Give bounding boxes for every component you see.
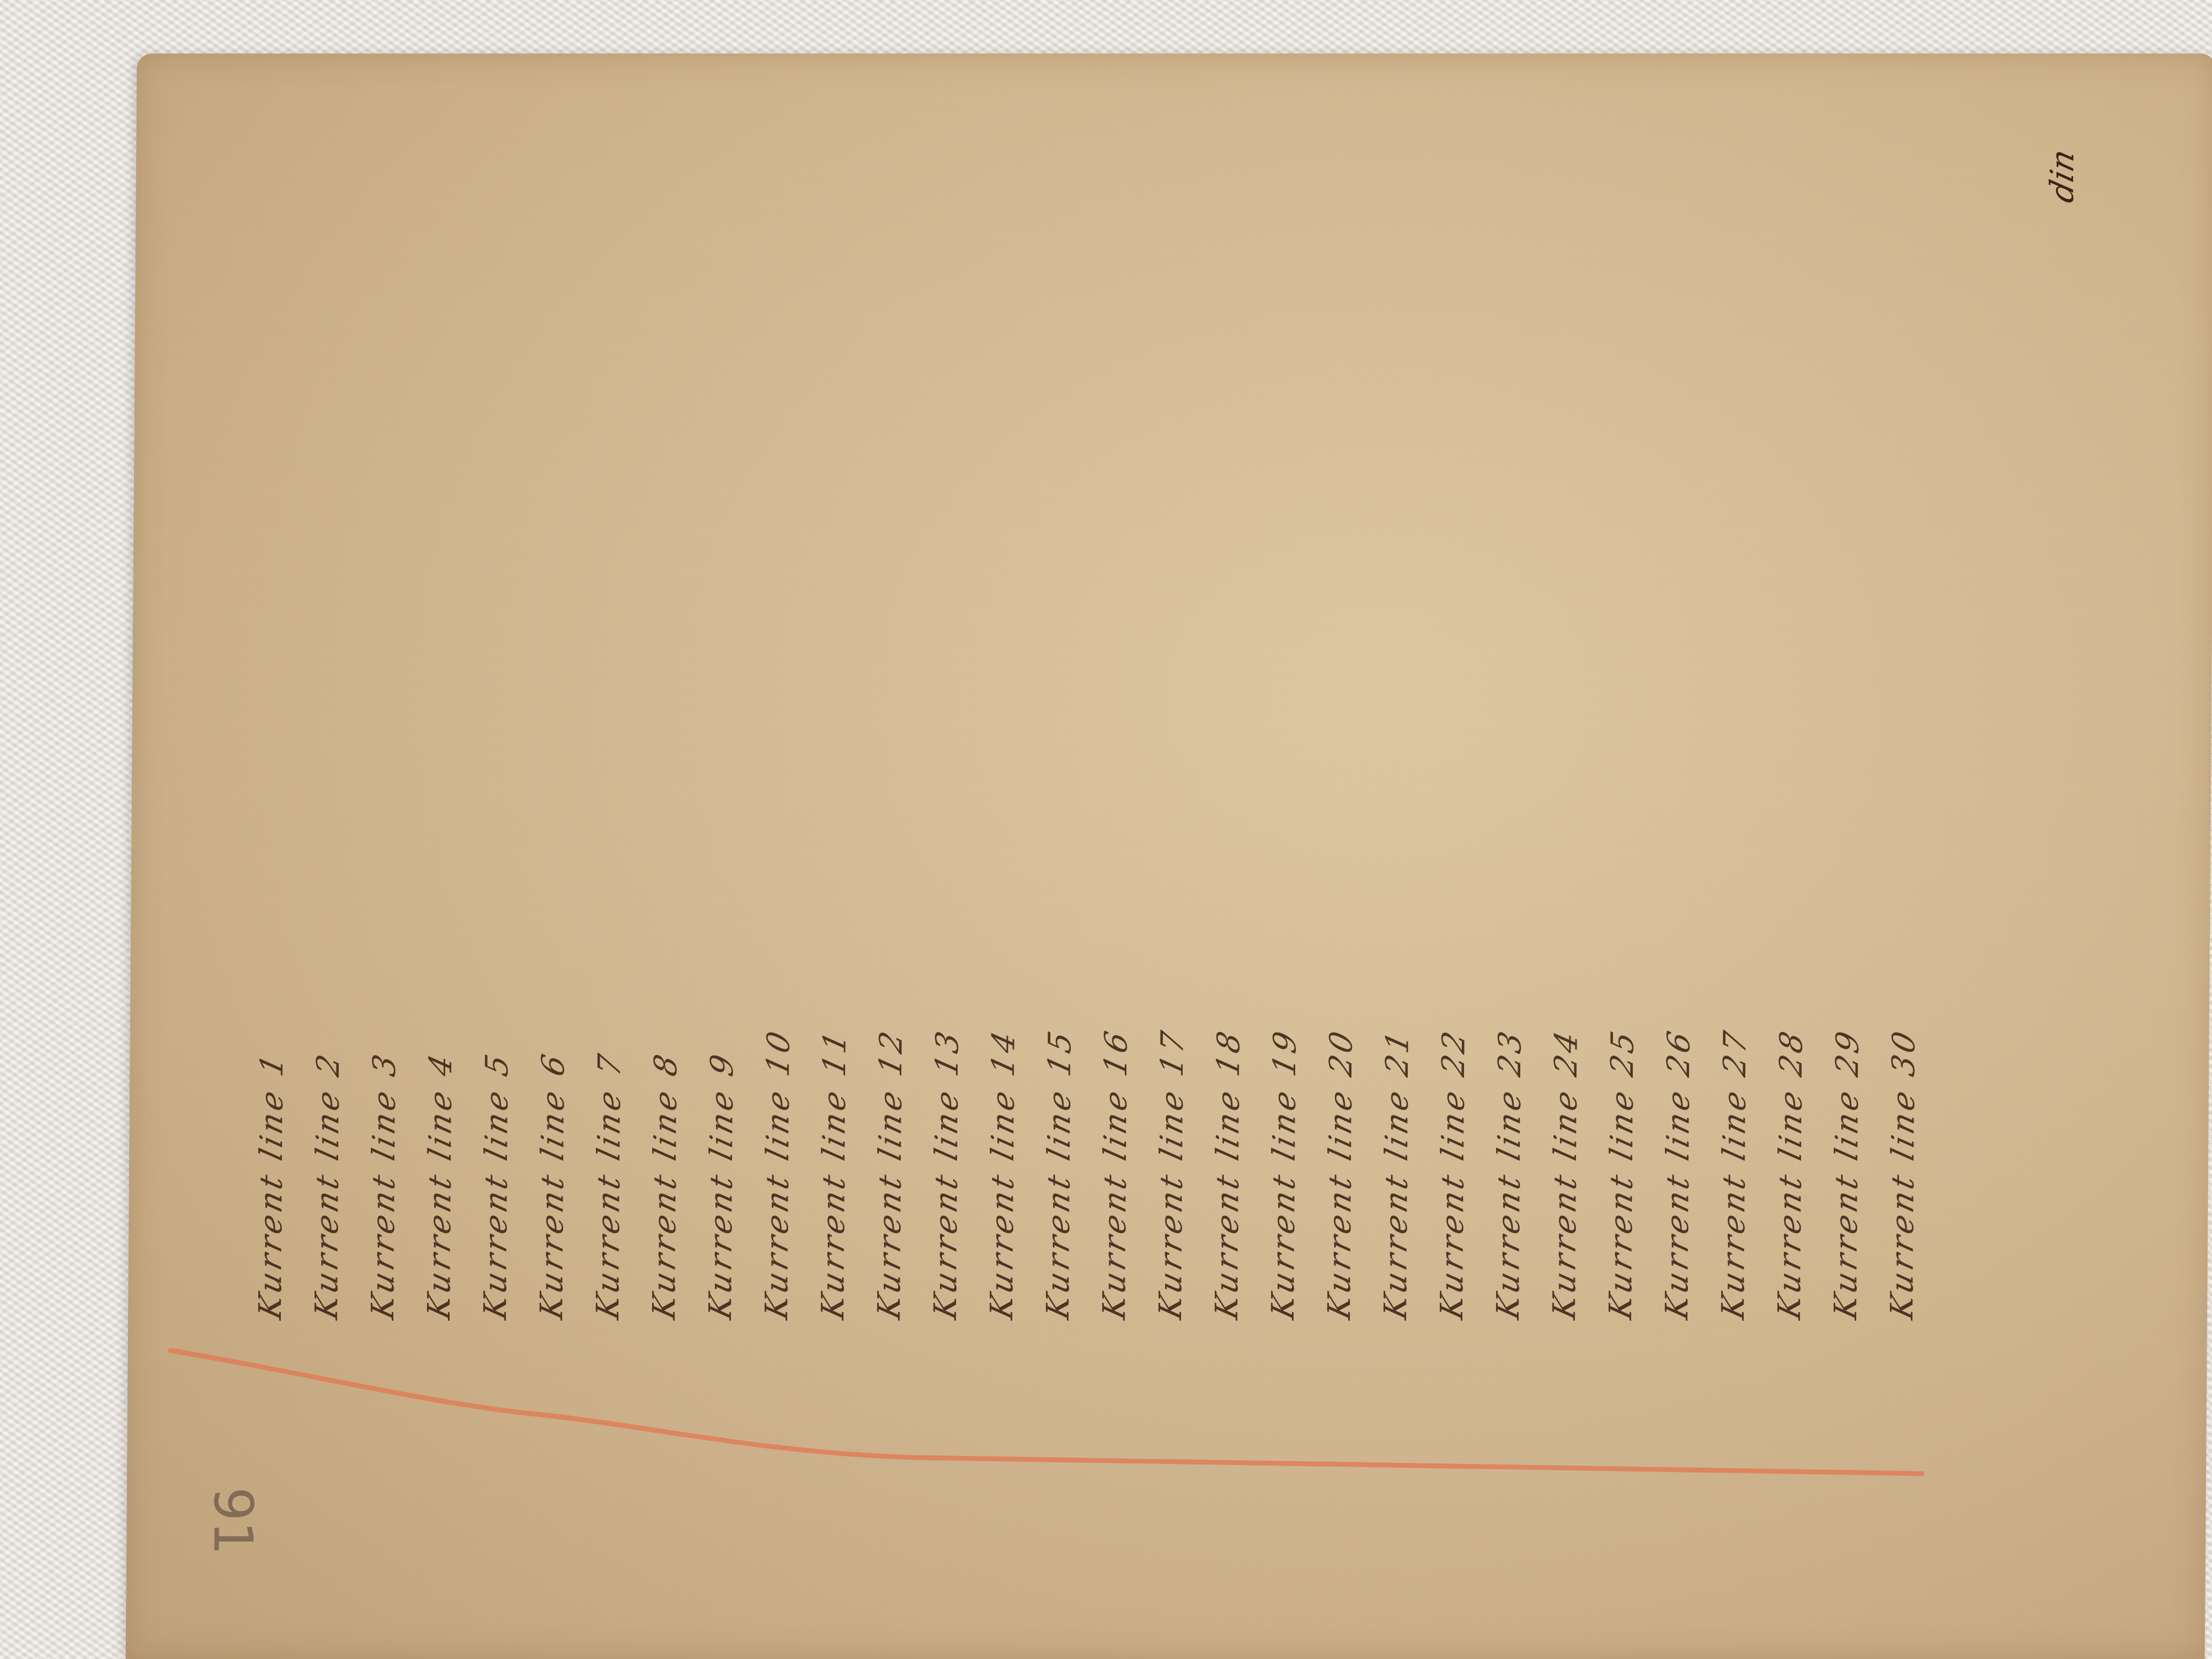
text-line: Kurrent line 16	[1095, 134, 1141, 1322]
orange-margin-line	[165, 1345, 1934, 1484]
text-line: Kurrent line 8	[645, 134, 691, 1322]
text-line: Kurrent line 12	[870, 134, 916, 1322]
text-line: Kurrent line 28	[1770, 134, 1816, 1322]
text-line: Kurrent line 29	[1827, 134, 1872, 1322]
text-line: Kurrent line 25	[1602, 134, 1647, 1322]
text-line: Kurrent line 17	[1152, 134, 1197, 1322]
text-line: Kurrent line 6	[533, 134, 578, 1322]
text-line: Kurrent line 24	[1545, 134, 1591, 1322]
text-line: Kurrent line 20	[1320, 134, 1366, 1322]
text-line: Kurrent line 30	[1883, 134, 1929, 1322]
manuscript-page: Kurrent line 1 Kurrent line 2 Kurrent li…	[126, 54, 2212, 1659]
text-line: Kurrent line 22	[1433, 134, 1478, 1322]
text-line: Kurrent line 5	[476, 134, 522, 1322]
signoff-text: din	[2044, 145, 2082, 206]
text-line: Kurrent line 14	[983, 134, 1028, 1322]
text-line: Kurrent line 23	[1489, 134, 1535, 1322]
page-number: 91	[201, 1487, 265, 1555]
text-line: Kurrent line 26	[1658, 134, 1703, 1322]
text-line: Kurrent line 9	[701, 134, 747, 1322]
text-line: Kurrent line 2	[308, 134, 353, 1322]
text-line: Kurrent line 19	[1264, 134, 1310, 1322]
text-line: Kurrent line 15	[1039, 134, 1085, 1322]
text-line: Kurrent line 18	[1208, 134, 1253, 1322]
text-line: Kurrent line 3	[364, 134, 409, 1322]
text-line: Kurrent line 1	[251, 134, 297, 1322]
text-line: Kurrent line 27	[1714, 134, 1760, 1322]
text-line: Kurrent line 4	[420, 134, 466, 1322]
text-line: Kurrent line 13	[926, 134, 972, 1322]
text-line: Kurrent line 21	[1377, 134, 1422, 1322]
text-line: Kurrent line 11	[814, 134, 860, 1322]
text-line: Kurrent line 7	[589, 134, 634, 1322]
text-line: Kurrent line 10	[758, 134, 803, 1322]
